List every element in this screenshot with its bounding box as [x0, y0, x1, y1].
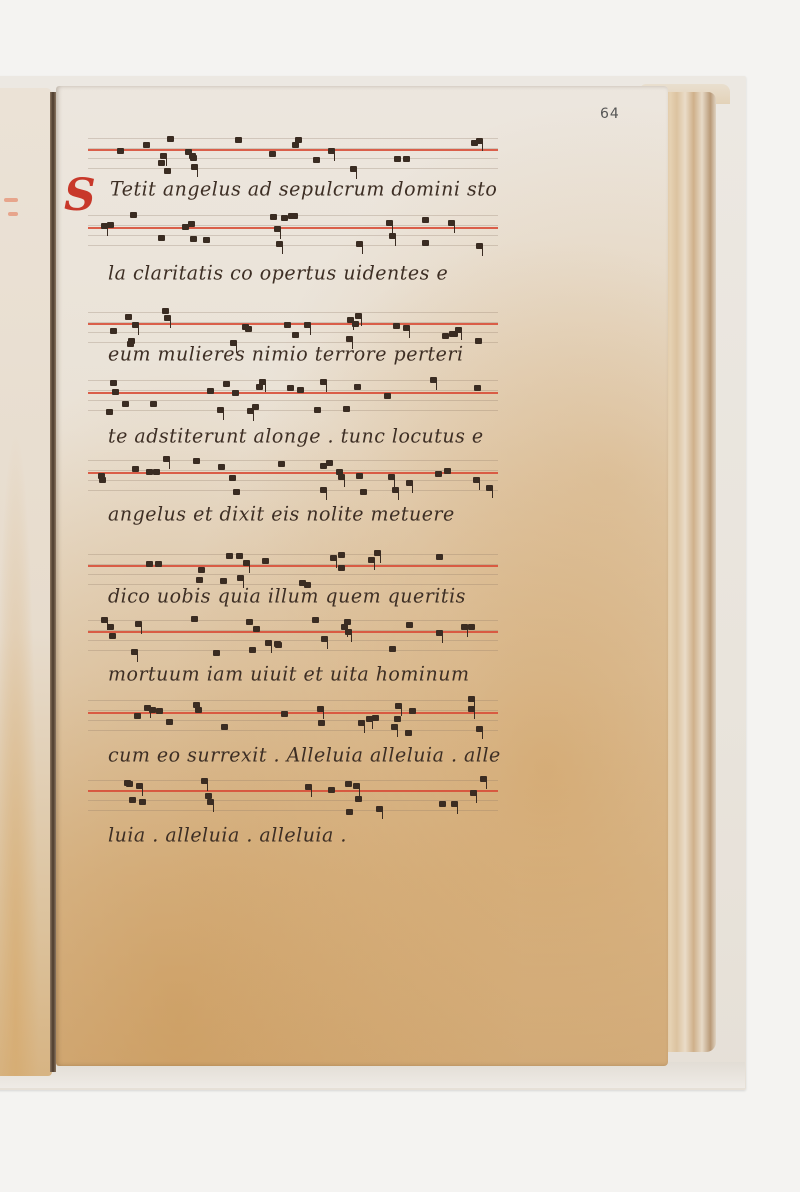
- neume: [292, 142, 299, 148]
- neume: [124, 780, 131, 786]
- staff-line: [88, 620, 498, 621]
- neume: [236, 553, 243, 559]
- neume: [486, 485, 493, 491]
- left-page: [0, 88, 52, 1076]
- neume: [403, 325, 410, 331]
- neume: [287, 385, 294, 391]
- neume: [232, 390, 239, 396]
- neume: [374, 550, 381, 556]
- neume: [439, 801, 446, 807]
- neume: [132, 466, 139, 472]
- neume: [237, 575, 244, 581]
- neume: [356, 473, 363, 479]
- neume: [164, 315, 171, 321]
- neume: [318, 720, 325, 726]
- neume: [328, 787, 335, 793]
- neume: [99, 477, 106, 483]
- neume: [451, 801, 458, 807]
- folio-number: 64: [600, 106, 620, 122]
- neume: [312, 617, 319, 623]
- neume: [394, 156, 401, 162]
- neume: [191, 616, 198, 622]
- staff-line: [88, 640, 498, 641]
- neume: [345, 781, 352, 787]
- neume: [356, 241, 363, 247]
- neume: [461, 624, 468, 630]
- neume: [134, 713, 141, 719]
- neume: [343, 406, 350, 412]
- neume: [117, 148, 124, 154]
- neume: [389, 646, 396, 652]
- neume: [345, 629, 352, 635]
- neume: [355, 313, 362, 319]
- neume: [221, 724, 228, 730]
- neume: [317, 706, 324, 712]
- staff: [88, 700, 498, 740]
- neume: [207, 388, 214, 394]
- neume: [330, 555, 337, 561]
- neume: [235, 137, 242, 143]
- neume: [476, 243, 483, 249]
- neume: [436, 554, 443, 560]
- neume: [292, 332, 299, 338]
- neume: [448, 220, 455, 226]
- neume: [304, 322, 311, 328]
- staff-line: [88, 730, 498, 731]
- staff: [88, 215, 498, 255]
- neume: [162, 308, 169, 314]
- staff-line: [88, 235, 498, 236]
- neume: [346, 336, 353, 342]
- staff-line: [88, 245, 498, 246]
- staff: [88, 138, 498, 178]
- neume: [112, 389, 119, 395]
- neume: [436, 630, 443, 636]
- neume: [191, 164, 198, 170]
- staff-line: [88, 225, 498, 226]
- neume: [409, 708, 416, 714]
- neume: [281, 711, 288, 717]
- staff-line: [88, 700, 498, 701]
- neume: [110, 380, 117, 386]
- neume: [229, 475, 236, 481]
- neume: [474, 385, 481, 391]
- neume: [249, 647, 256, 653]
- staff-line: [88, 490, 498, 491]
- neume: [305, 784, 312, 790]
- neume: [338, 565, 345, 571]
- neume: [129, 797, 136, 803]
- decorated-initial: S: [64, 170, 96, 221]
- neume: [355, 796, 362, 802]
- neume: [422, 217, 429, 223]
- neume: [338, 474, 345, 480]
- neume: [156, 708, 163, 714]
- neume: [386, 220, 393, 226]
- neume: [153, 469, 160, 475]
- neume: [388, 474, 395, 480]
- neume: [274, 641, 281, 647]
- neume: [143, 142, 150, 148]
- staff: [88, 460, 498, 500]
- neume: [403, 156, 410, 162]
- neume: [320, 379, 327, 385]
- neume: [281, 215, 288, 221]
- neume: [246, 619, 253, 625]
- neume: [352, 321, 359, 327]
- neume: [233, 489, 240, 495]
- neume: [265, 640, 272, 646]
- neume: [155, 561, 162, 567]
- neume: [213, 650, 220, 656]
- neume: [196, 577, 203, 583]
- staff-line: [88, 574, 498, 575]
- neume: [470, 790, 477, 796]
- neume: [444, 468, 451, 474]
- text-line: mortuum iam uiuit et uita hominum: [108, 662, 469, 685]
- neume: [471, 140, 478, 146]
- neume: [274, 226, 281, 232]
- neume: [135, 621, 142, 627]
- text-line: dico uobis quia illum quem queritis: [108, 584, 466, 607]
- neume: [297, 387, 304, 393]
- neume: [389, 233, 396, 239]
- neume: [101, 617, 108, 623]
- neume: [393, 323, 400, 329]
- neume: [354, 384, 361, 390]
- left-rubric-trace: [8, 212, 18, 216]
- neume: [164, 168, 171, 174]
- neume: [422, 240, 429, 246]
- neume: [160, 153, 167, 159]
- text-line: cum eo surrexit . Alleluia alleluia . al…: [108, 743, 501, 766]
- neume: [366, 716, 373, 722]
- neume: [455, 327, 462, 333]
- neume: [284, 322, 291, 328]
- text-line: eum mulieres nimio terrore perteri: [108, 342, 464, 365]
- neume: [247, 408, 254, 414]
- neume: [346, 809, 353, 815]
- red-f-line: [88, 149, 498, 151]
- neume: [166, 719, 173, 725]
- staff-line: [88, 780, 498, 781]
- neume: [107, 222, 114, 228]
- neume: [350, 166, 357, 172]
- red-f-line: [88, 790, 498, 792]
- red-f-line: [88, 227, 498, 229]
- neume: [198, 567, 205, 573]
- neume: [146, 561, 153, 567]
- neume: [243, 560, 250, 566]
- neume: [480, 776, 487, 782]
- neume: [136, 783, 143, 789]
- neume: [259, 379, 266, 385]
- neume: [109, 633, 116, 639]
- staff-line: [88, 460, 498, 461]
- neume: [223, 381, 230, 387]
- neume: [122, 401, 129, 407]
- neume: [158, 235, 165, 241]
- neume: [203, 237, 210, 243]
- neume: [338, 552, 345, 558]
- neume: [360, 489, 367, 495]
- neume: [372, 715, 379, 721]
- neume: [276, 241, 283, 247]
- staff-line: [88, 480, 498, 481]
- neume: [406, 622, 413, 628]
- neume: [442, 333, 449, 339]
- neume: [217, 407, 224, 413]
- neume: [226, 553, 233, 559]
- neume: [193, 458, 200, 464]
- neume: [314, 407, 321, 413]
- staff-line: [88, 410, 498, 411]
- neume: [391, 724, 398, 730]
- neume: [190, 236, 197, 242]
- neume: [188, 221, 195, 227]
- red-f-line: [88, 323, 498, 325]
- neume: [320, 463, 327, 469]
- neume: [468, 696, 475, 702]
- neume: [326, 460, 333, 466]
- neume: [220, 578, 227, 584]
- staff-line: [88, 158, 498, 159]
- text-line: luia . alleluia . alleluia .: [108, 823, 347, 846]
- neume: [106, 409, 113, 415]
- neume: [163, 456, 170, 462]
- neume: [473, 477, 480, 483]
- neume: [384, 393, 391, 399]
- left-rubric-trace: [4, 198, 18, 202]
- neume: [288, 213, 295, 219]
- neume: [149, 707, 156, 713]
- neume: [158, 160, 165, 166]
- neume: [405, 730, 412, 736]
- neume: [107, 624, 114, 630]
- neume: [468, 624, 475, 630]
- text-line: la claritatis co opertus uidentes e: [108, 261, 448, 284]
- neume: [430, 377, 437, 383]
- neume: [101, 223, 108, 229]
- neume: [125, 314, 132, 320]
- neume: [278, 461, 285, 467]
- staff-line: [88, 650, 498, 651]
- neume: [476, 726, 483, 732]
- neume: [262, 558, 269, 564]
- staff-line: [88, 720, 498, 721]
- staff-line: [88, 800, 498, 801]
- text-line: Tetit angelus ad sepulcrum domini sto: [110, 177, 497, 200]
- staff-line: [88, 312, 498, 313]
- neume: [193, 702, 200, 708]
- text-line: angelus et dixit eis nolite metuere: [108, 502, 455, 525]
- neume: [353, 783, 360, 789]
- page-edges-stack: [660, 92, 716, 1052]
- neume: [376, 806, 383, 812]
- neume: [110, 328, 117, 334]
- red-f-line: [88, 392, 498, 394]
- neume: [139, 799, 146, 805]
- staff-line: [88, 138, 498, 139]
- neume: [395, 703, 402, 709]
- neume: [207, 799, 214, 805]
- neume: [321, 636, 328, 642]
- neume: [201, 778, 208, 784]
- neume: [358, 720, 365, 726]
- staff-line: [88, 810, 498, 811]
- neume: [392, 487, 399, 493]
- neume: [185, 149, 192, 155]
- neume: [435, 471, 442, 477]
- neume: [242, 324, 249, 330]
- neume: [205, 793, 212, 799]
- staff: [88, 380, 498, 420]
- neume: [313, 157, 320, 163]
- neume: [253, 626, 260, 632]
- neume: [131, 649, 138, 655]
- staff: [88, 780, 498, 820]
- neume: [328, 148, 335, 154]
- text-line: te adstiterunt alonge . tunc locutus e: [108, 424, 484, 447]
- staff-line: [88, 168, 498, 169]
- neume: [406, 480, 413, 486]
- neume: [190, 155, 197, 161]
- neume: [150, 401, 157, 407]
- staff: [88, 620, 498, 660]
- neume: [368, 557, 375, 563]
- neume: [132, 322, 139, 328]
- neume: [270, 214, 277, 220]
- neume: [269, 151, 276, 157]
- neume: [218, 464, 225, 470]
- neume: [394, 716, 401, 722]
- neume: [475, 338, 482, 344]
- neume: [130, 212, 137, 218]
- neume: [320, 487, 327, 493]
- neume: [167, 136, 174, 142]
